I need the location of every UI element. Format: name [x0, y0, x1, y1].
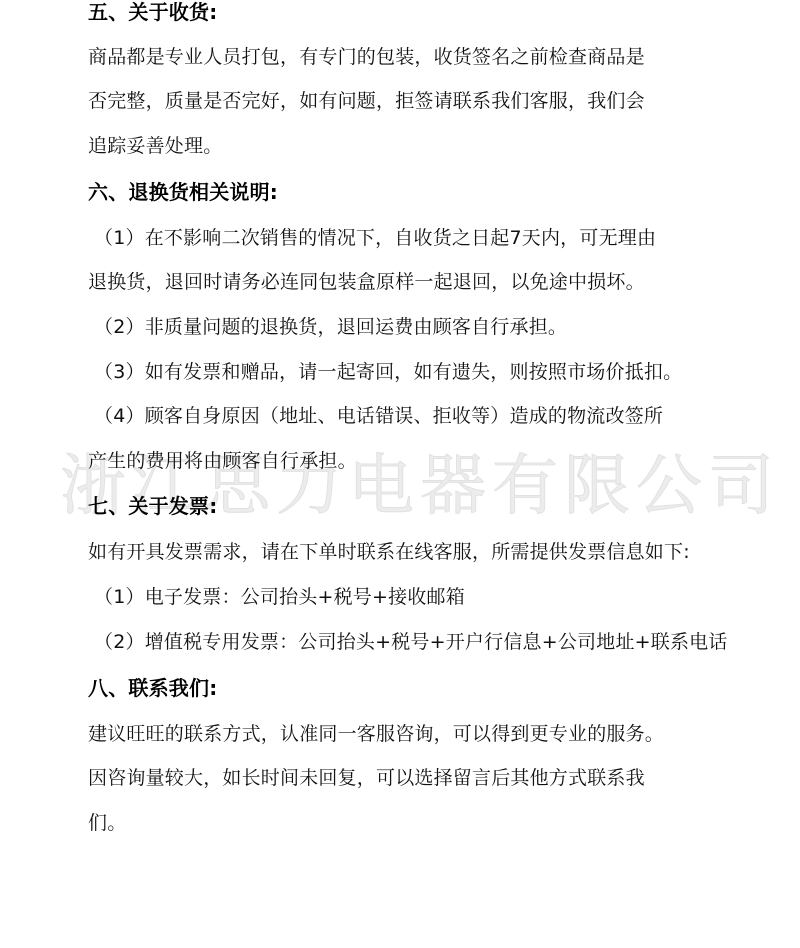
paragraph-line: 否完整，质量是否完好，如有问题，拒签请联系我们客服，我们会 [88, 89, 645, 113]
paragraph-line: 如有开具发票需求，请在下单时联系在线客服，所需提供发票信息如下: [88, 540, 690, 564]
paragraph-line: （4）顾客自身原因（地址、电话错误、拒收等）造成的物流改签所 [94, 404, 663, 428]
paragraph-line: （1）在不影响二次销售的情况下，自收货之日起7天内，可无理由 [94, 226, 656, 250]
section-invoice-title: 七、关于发票: [88, 494, 217, 518]
paragraph-line: （2）增值税专用发票：公司抬头+税号+开户行信息+公司地址+联系电话 [94, 630, 728, 654]
paragraph-line: 们。 [88, 811, 126, 835]
section-returns-title: 六、退换货相关说明: [88, 180, 278, 204]
paragraph-line: 追踪妥善处理。 [88, 134, 222, 158]
paragraph-line: 因咨询量较大，如长时间未回复，可以选择留言后其他方式联系我 [88, 766, 645, 790]
section-receiving-title: 五、关于收货: [88, 0, 217, 24]
paragraph-line: 建议旺旺的联系方式，认准同一客服咨询，可以得到更专业的服务。 [88, 722, 664, 746]
paragraph-line: 退换货，退回时请务必连同包装盒原样一起退回，以免途中损坏。 [88, 270, 645, 294]
paragraph-line: （2）非质量问题的退换货，退回运费由顾客自行承担。 [94, 315, 567, 339]
section-contact-title: 八、联系我们: [88, 676, 217, 700]
paragraph-line: 产生的费用将由顾客自行承担。 [88, 449, 357, 473]
paragraph-line: （1）电子发票：公司抬头+税号+接收邮箱 [94, 585, 465, 609]
paragraph-line: 商品都是专业人员打包，有专门的包装，收货签名之前检查商品是 [88, 45, 645, 69]
paragraph-line: （3）如有发票和赠品，请一起寄回，如有遗失，则按照市场价抵扣。 [94, 360, 682, 384]
